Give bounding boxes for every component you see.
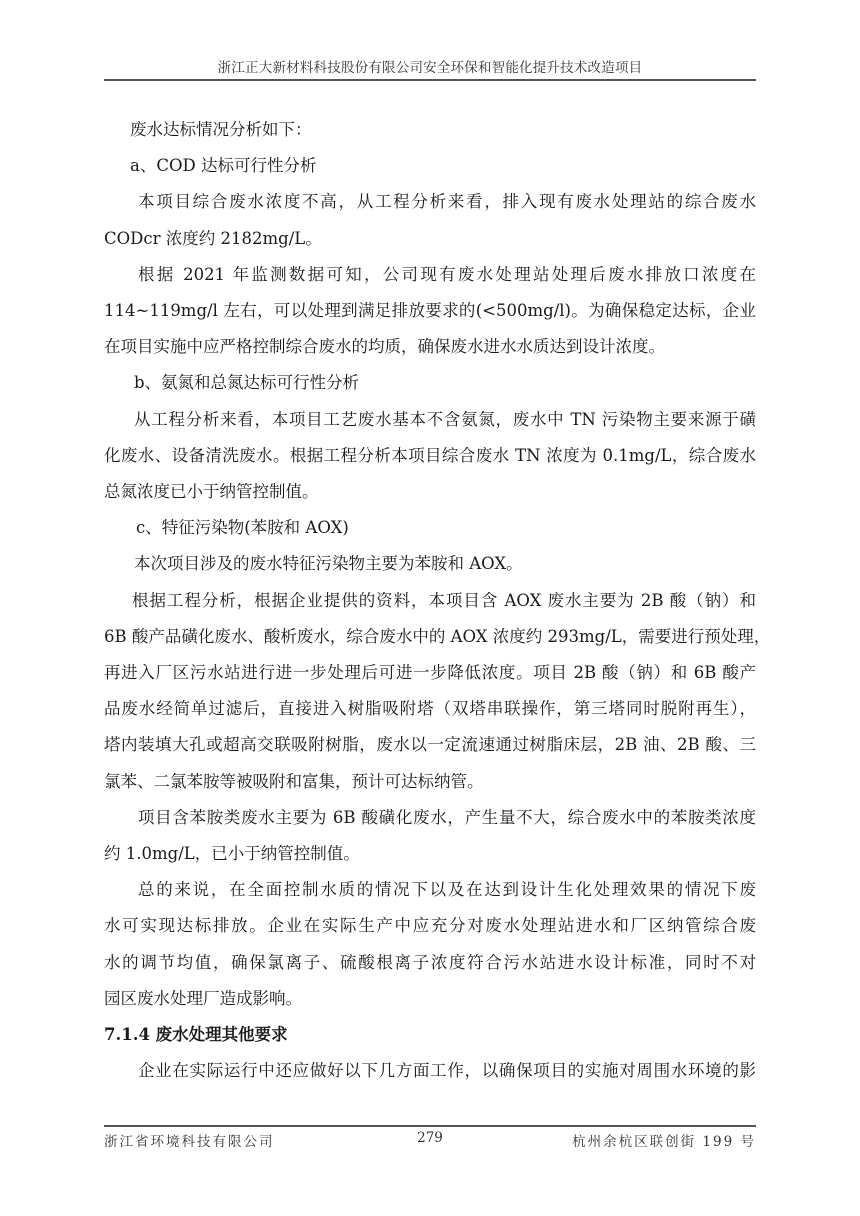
text-line: 总氮浓度已小于纳管控制值。 — [104, 474, 756, 510]
text-line: 在项目实施中应严格控制综合废水的均质，确保废水进水水质达到设计浓度。 — [104, 329, 756, 365]
section-a-paragraph-2: 根据 2021 年监测数据可知，公司现有废水处理站处理后废水排放口浓度在 114… — [104, 257, 756, 366]
text-line: b、氨氮和总氮达标可行性分析 — [104, 365, 756, 401]
section-714-paragraph-1: 企业在实际运行中还应做好以下几方面工作，以确保项目的实施对周围水环境的影 — [104, 1053, 756, 1089]
section-c-paragraph-1: 本次项目涉及的废水特征污染物主要为苯胺和 AOX。 — [104, 546, 756, 582]
text-line: 项目含苯胺类废水主要为 6B 酸磺化废水，产生量不大，综合废水中的苯胺类浓度 — [104, 800, 756, 836]
footer-address: 杭州余杭区联创街 199 号 — [572, 1130, 756, 1150]
page-header: 浙江正大新材料科技股份有限公司安全环保和智能化提升技术改造项目 — [104, 56, 756, 76]
text-line: 再进入厂区污水站进行进一步处理后可进一步降低浓度。项目 2B 酸（钠）和 6B … — [104, 655, 756, 691]
text-line: 水的调节均值，确保氯离子、硫酸根离子浓度符合污水站进水设计标准，同时不对 — [104, 945, 756, 981]
summary-paragraph: 总的来说，在全面控制水质的情况下以及在达到设计生化处理效果的情况下废 水可实现达… — [104, 872, 756, 1017]
text-line: 塔内装填大孔或超高交联吸附树脂，废水以一定流速通过树脂床层，2B 油、2B 酸、… — [104, 727, 756, 763]
text-line: 品废水经简单过滤后，直接进入树脂吸附塔（双塔串联操作，第三塔同时脱附再生）， — [104, 691, 756, 727]
text-line: 化废水、设备清洗废水。根据工程分析本项目综合废水 TN 浓度为 0.1mg/L，… — [104, 438, 756, 474]
section-c-paragraph-3: 项目含苯胺类废水主要为 6B 酸磺化废水，产生量不大，综合废水中的苯胺类浓度 约… — [104, 800, 756, 872]
text-line: 114~119mg/l 左右，可以处理到满足排放要求的(<500mg/l)。为确… — [104, 293, 756, 329]
section-c-paragraph-2: 根据工程分析，根据企业提供的资料，本项目含 AOX 废水主要为 2B 酸（钠）和… — [104, 583, 756, 800]
text-line: 根据工程分析，根据企业提供的资料，本项目含 AOX 废水主要为 2B 酸（钠）和 — [104, 583, 756, 619]
section-b-heading: b、氨氮和总氮达标可行性分析 — [104, 365, 756, 401]
section-heading-7-1-4: 7.1.4 废水处理其他要求 — [104, 1017, 756, 1053]
section-a-heading: a、COD 达标可行性分析 — [104, 148, 756, 184]
text-line: 本次项目涉及的废水特征污染物主要为苯胺和 AOX。 — [104, 546, 756, 582]
text-line: a、COD 达标可行性分析 — [104, 148, 756, 184]
text-line: CODcr 浓度约 2182mg/L。 — [104, 221, 756, 257]
text-line: 根据 2021 年监测数据可知，公司现有废水处理站处理后废水排放口浓度在 — [104, 257, 756, 293]
document-body: 废水达标情况分析如下： a、COD 达标可行性分析 本项目综合废水浓度不高，从工… — [104, 112, 756, 1089]
page-footer: 浙江省环境科技有限公司 279 杭州余杭区联创街 199 号 — [104, 1130, 756, 1150]
footer-divider — [104, 1125, 756, 1127]
intro-paragraph: 废水达标情况分析如下： — [104, 112, 756, 148]
header-divider — [104, 79, 756, 81]
text-line: 企业在实际运行中还应做好以下几方面工作，以确保项目的实施对周围水环境的影 — [104, 1053, 756, 1089]
section-a-paragraph-1: 本项目综合废水浓度不高，从工程分析来看，排入现有废水处理站的综合废水 CODcr… — [104, 184, 756, 256]
text-line: 6B 酸产品磺化废水、酸析废水，综合废水中的 AOX 浓度约 293mg/L，需… — [104, 619, 756, 655]
text-line: 水可实现达标排放。企业在实际生产中应充分对废水处理站进水和厂区纳管综合废 — [104, 908, 756, 944]
text-line: 从工程分析来看，本项目工艺废水基本不含氨氮，废水中 TN 污染物主要来源于磺 — [104, 402, 756, 438]
text-line: 约 1.0mg/L，已小于纳管控制值。 — [104, 836, 756, 872]
section-c-heading: c、特征污染物(苯胺和 AOX) — [104, 510, 756, 546]
text-line: c、特征污染物(苯胺和 AOX) — [104, 510, 756, 546]
section-b-paragraph-1: 从工程分析来看，本项目工艺废水基本不含氨氮，废水中 TN 污染物主要来源于磺 化… — [104, 402, 756, 511]
text-line: 本项目综合废水浓度不高，从工程分析来看，排入现有废水处理站的综合废水 — [104, 184, 756, 220]
text-line: 氯苯、二氯苯胺等被吸附和富集，预计可达标纳管。 — [104, 764, 756, 800]
text-line: 总的来说，在全面控制水质的情况下以及在达到设计生化处理效果的情况下废 — [104, 872, 756, 908]
text-line: 园区废水处理厂造成影响。 — [104, 981, 756, 1017]
text-line: 废水达标情况分析如下： — [104, 112, 756, 148]
